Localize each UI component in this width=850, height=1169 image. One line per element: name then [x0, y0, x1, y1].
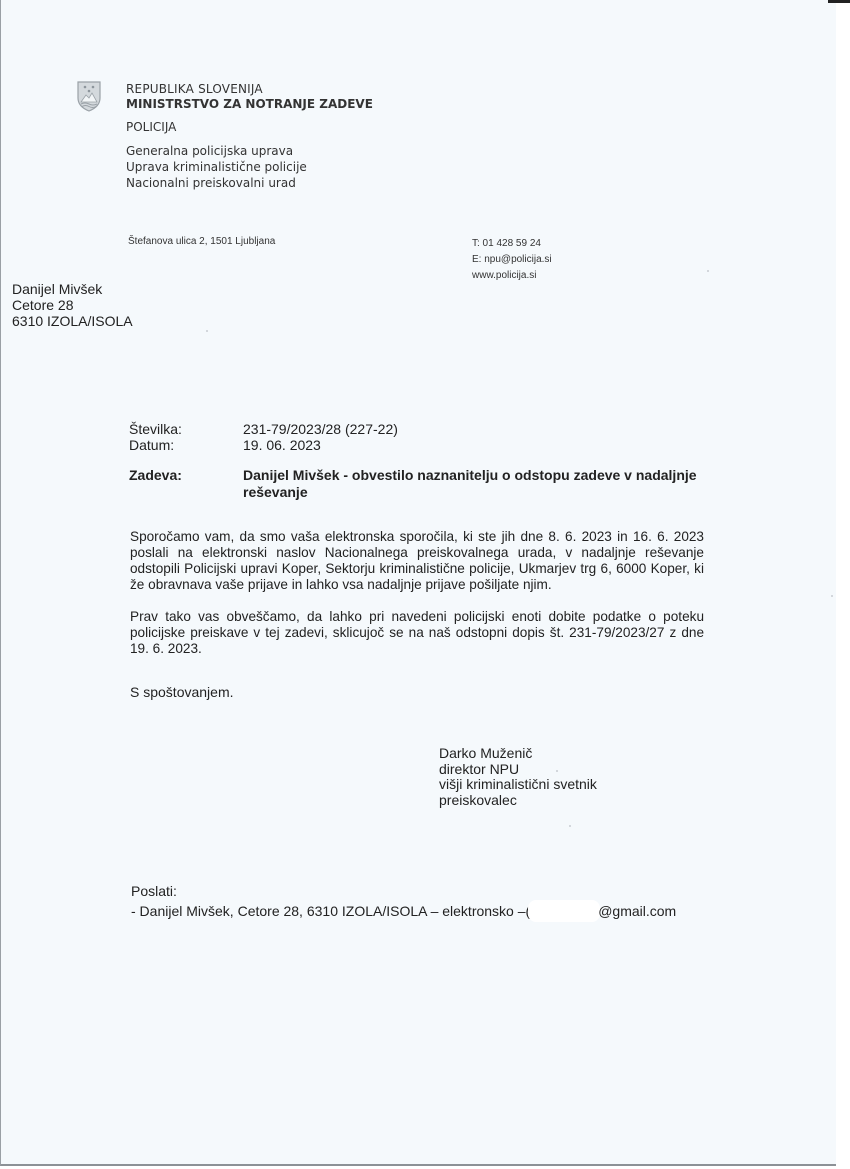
scan-margin	[836, 0, 850, 1169]
recipient-address-block: Danijel Mivšek Cetore 28 6310 IZOLA/ISOL…	[12, 281, 133, 329]
redaction-mark	[528, 900, 600, 922]
distribution-list: Poslati: - Danijel Mivšek, Cetore 28, 63…	[131, 883, 676, 922]
scan-artifact	[828, 0, 850, 3]
distribution-entry-text: - Danijel Mivšek, Cetore 28, 6310 IZOLA/…	[131, 903, 526, 919]
slovenian-coat-of-arms-icon	[76, 80, 102, 112]
subject-text: Danijel Mivšek - obvestilo naznanitelju …	[243, 467, 703, 501]
scan-speck	[206, 330, 208, 332]
recipient-name: Danijel Mivšek	[12, 281, 133, 297]
letterhead-unit: Uprava kriminalistične policije	[126, 159, 373, 175]
document-date: 19. 06. 2023	[243, 437, 321, 453]
subject-label: Zadeva:	[129, 467, 243, 501]
document-date-label: Datum:	[129, 437, 243, 453]
document-number-label: Številka:	[129, 421, 243, 437]
letterhead-agency: POLICIJA	[126, 120, 373, 135]
sender-email: E: npu@policija.si	[472, 252, 552, 268]
sender-phone: T: 01 428 59 24	[472, 236, 552, 252]
letter-body: Sporočamo vam, da smo vaša elektronska s…	[130, 529, 704, 673]
signatory-title: direktor NPU	[439, 762, 597, 778]
distribution-label: Poslati:	[131, 883, 676, 900]
scanned-letter-page: REPUBLIKA SLOVENIJA MINISTRSTVO ZA NOTRA…	[0, 0, 837, 1166]
recipient-street: Cetore 28	[12, 297, 133, 313]
letterhead-country: REPUBLIKA SLOVENIJA	[126, 82, 373, 97]
letterhead-unit: Nacionalni preiskovalni urad	[126, 175, 373, 191]
sender-website: www.policija.si	[472, 268, 552, 284]
letterhead-ministry: MINISTRSTVO ZA NOTRANJE ZADEVE	[126, 97, 373, 112]
letterhead-unit: Generalna policijska uprava	[126, 143, 373, 159]
body-paragraph: Prav tako vas obveščamo, da lahko pri na…	[130, 609, 704, 657]
letterhead: REPUBLIKA SLOVENIJA MINISTRSTVO ZA NOTRA…	[126, 82, 373, 191]
letterhead-units: Generalna policijska uprava Uprava krimi…	[126, 143, 373, 191]
signatory-name: Darko Muženič	[439, 746, 597, 762]
scan-speck	[569, 825, 571, 827]
recipient-city: 6310 IZOLA/ISOLA	[12, 313, 133, 329]
document-meta: Številka: 231-79/2023/28 (227-22) Datum:…	[129, 421, 398, 453]
scan-speck	[707, 270, 709, 272]
scan-speck	[556, 770, 558, 772]
body-paragraph: Sporočamo vam, da smo vaša elektronska s…	[130, 529, 704, 593]
signature-block: Darko Muženič direktor NPU višji krimina…	[439, 746, 597, 808]
signatory-title: višji kriminalistični svetnik	[439, 777, 597, 793]
sender-contact: T: 01 428 59 24 E: npu@policija.si www.p…	[472, 236, 552, 284]
subject-line: Zadeva: Danijel Mivšek - obvestilo nazna…	[129, 467, 703, 501]
signatory-title: preiskovalec	[439, 793, 597, 809]
distribution-email-domain: @gmail.com	[598, 903, 676, 919]
distribution-entry: - Danijel Mivšek, Cetore 28, 6310 IZOLA/…	[131, 900, 676, 922]
closing-salutation: S spoštovanjem.	[130, 684, 234, 700]
document-number: 231-79/2023/28 (227-22)	[243, 421, 398, 437]
sender-address: Štefanova ulica 2, 1501 Ljubljana	[128, 236, 275, 247]
scan-speck	[831, 595, 833, 597]
